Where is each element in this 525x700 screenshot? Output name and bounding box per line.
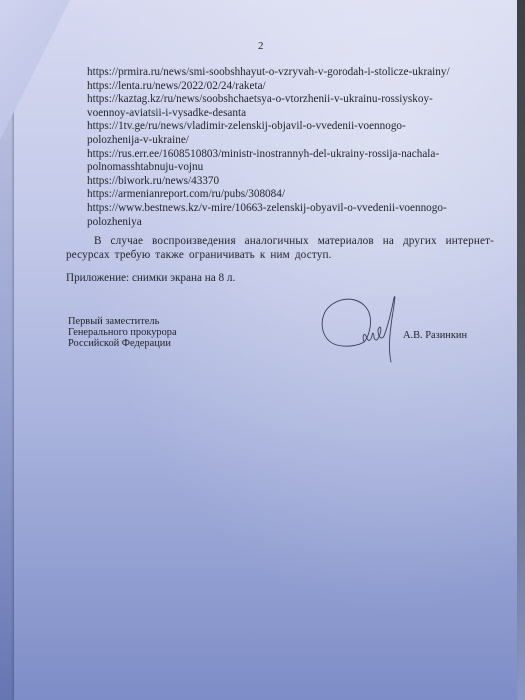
body-paragraph: В случае воспроизведения аналогичных мат… bbox=[66, 235, 494, 262]
signatory-title: Первый заместитель Генерального прокурор… bbox=[68, 316, 177, 349]
signature-icon bbox=[314, 286, 414, 366]
link-line: https://kaztag.kz/ru/news/soobshchaetsya… bbox=[87, 93, 497, 107]
link-line: https://armenianreport.com/ru/pubs/30808… bbox=[87, 188, 497, 202]
link-line: https://prmira.ru/news/smi-soobshhayut-o… bbox=[87, 66, 497, 80]
link-line: https://biwork.ru/news/43370 bbox=[87, 175, 497, 189]
source-links-list: https://prmira.ru/news/smi-soobshhayut-o… bbox=[87, 66, 497, 229]
document-page: 2 https://prmira.ru/news/smi-soobshhayut… bbox=[14, 0, 517, 700]
link-line: https://1tv.ge/ru/news/vladimir-zelenski… bbox=[87, 120, 497, 134]
signatory-title-line: Российской Федерации bbox=[68, 338, 177, 349]
attachment-note: Приложение: снимки экрана на 8 л. bbox=[66, 272, 235, 286]
page-number: 2 bbox=[258, 40, 264, 54]
signatory-title-line: Первый заместитель bbox=[68, 316, 177, 327]
link-line: polnomasshtabnuju-vojnu bbox=[87, 161, 497, 175]
table-edge bbox=[517, 0, 525, 700]
link-line: https://lenta.ru/news/2022/02/24/raketa/ bbox=[87, 80, 497, 94]
link-line: polozheniya bbox=[87, 216, 497, 230]
link-line: https://www.bestnews.kz/v-mire/10663-zel… bbox=[87, 202, 497, 216]
signatory-title-line: Генерального прокурора bbox=[68, 327, 177, 338]
signer-name: А.В. Разинкин bbox=[403, 329, 467, 343]
link-line: polozhenija-v-ukraine/ bbox=[87, 134, 497, 148]
link-line: voennoy-aviatsii-i-vysadke-desanta bbox=[87, 107, 497, 121]
link-line: https://rus.err.ee/1608510803/ministr-in… bbox=[87, 148, 497, 162]
